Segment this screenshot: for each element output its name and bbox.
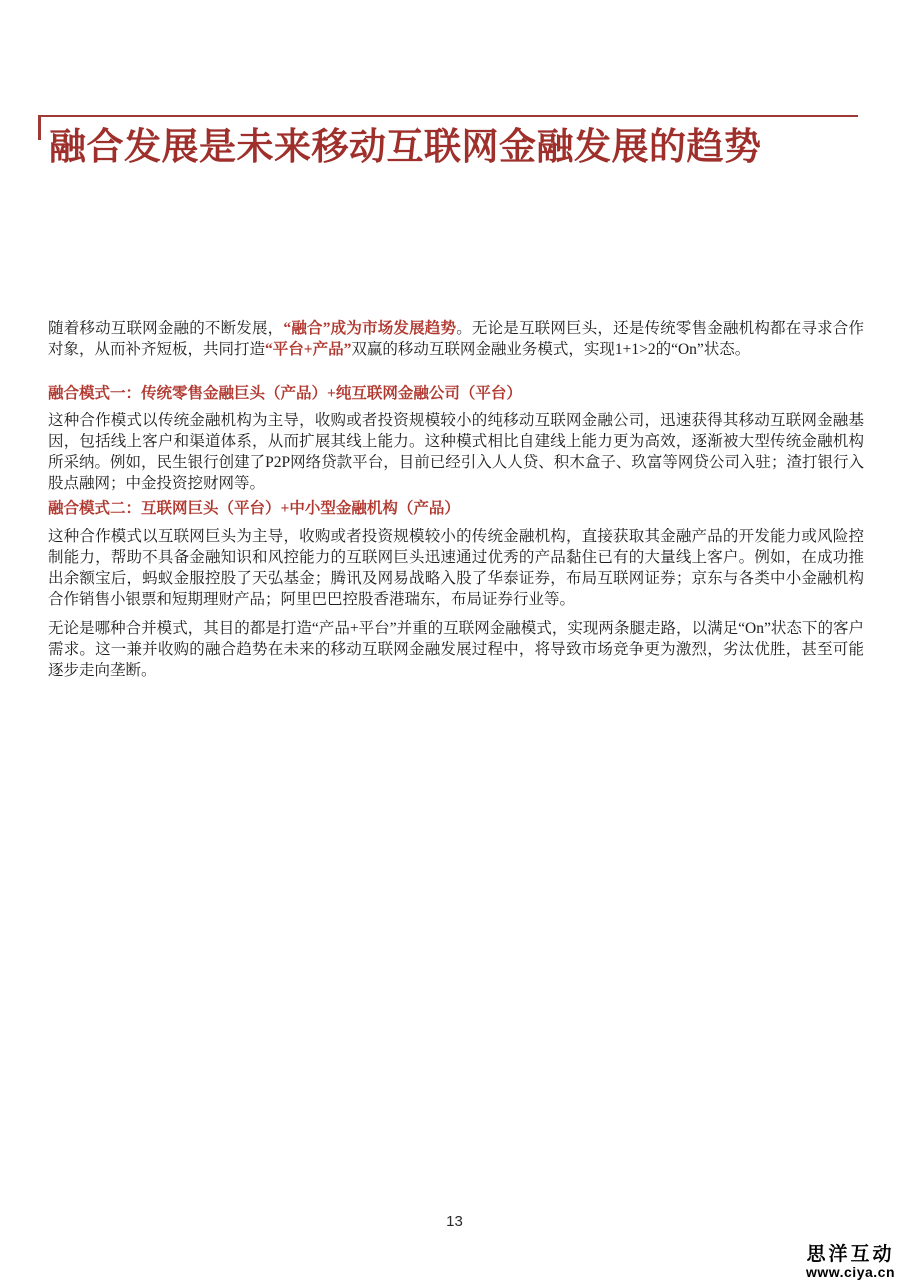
intro-text-pre: 随着移动互联网金融的不断发展， xyxy=(48,320,283,337)
section2-heading: 融合模式二：互联网巨头（平台）+中小型金融机构（产品） xyxy=(48,499,864,519)
watermark: 思洋互动 www.ciya.cn xyxy=(806,1245,895,1280)
intro-paragraph: 随着移动互联网金融的不断发展，“融合”成为市场发展趋势。无论是互联网巨头，还是传… xyxy=(48,318,864,360)
closing-paragraph: 无论是哪种合并模式，其目的都是打造“产品+平台”并重的互联网金融模式，实现两条腿… xyxy=(48,618,864,681)
intro-highlight-fusion: “融合”成为市场发展趋势 xyxy=(283,320,456,337)
title-rule xyxy=(38,115,858,117)
section2-paragraph: 这种合作模式以互联网巨头为主导，收购或者投资规模较小的传统金融机构，直接获取其金… xyxy=(48,526,864,610)
page-title: 融合发展是未来移动互联网金融发展的趋势 xyxy=(49,125,762,171)
watermark-url: www.ciya.cn xyxy=(806,1265,895,1280)
watermark-brand: 思洋互动 xyxy=(806,1245,895,1265)
section1-paragraph: 这种合作模式以传统金融机构为主导，收购或者投资规模较小的纯移动互联网金融公司，迅… xyxy=(48,410,864,494)
intro-text-post: 双赢的移动互联网金融业务模式，实现1+1>2的“On”状态。 xyxy=(351,341,750,358)
document-page: 融合发展是未来移动互联网金融发展的趋势 随着移动互联网金融的不断发展，“融合”成… xyxy=(0,0,909,1286)
page-number: 13 xyxy=(0,1213,909,1230)
intro-highlight-platform-product: “平台+产品” xyxy=(265,341,351,358)
section1-heading: 融合模式一：传统零售金融巨头（产品）+纯互联网金融公司（平台） xyxy=(48,384,864,404)
title-corner-tick xyxy=(38,115,41,140)
